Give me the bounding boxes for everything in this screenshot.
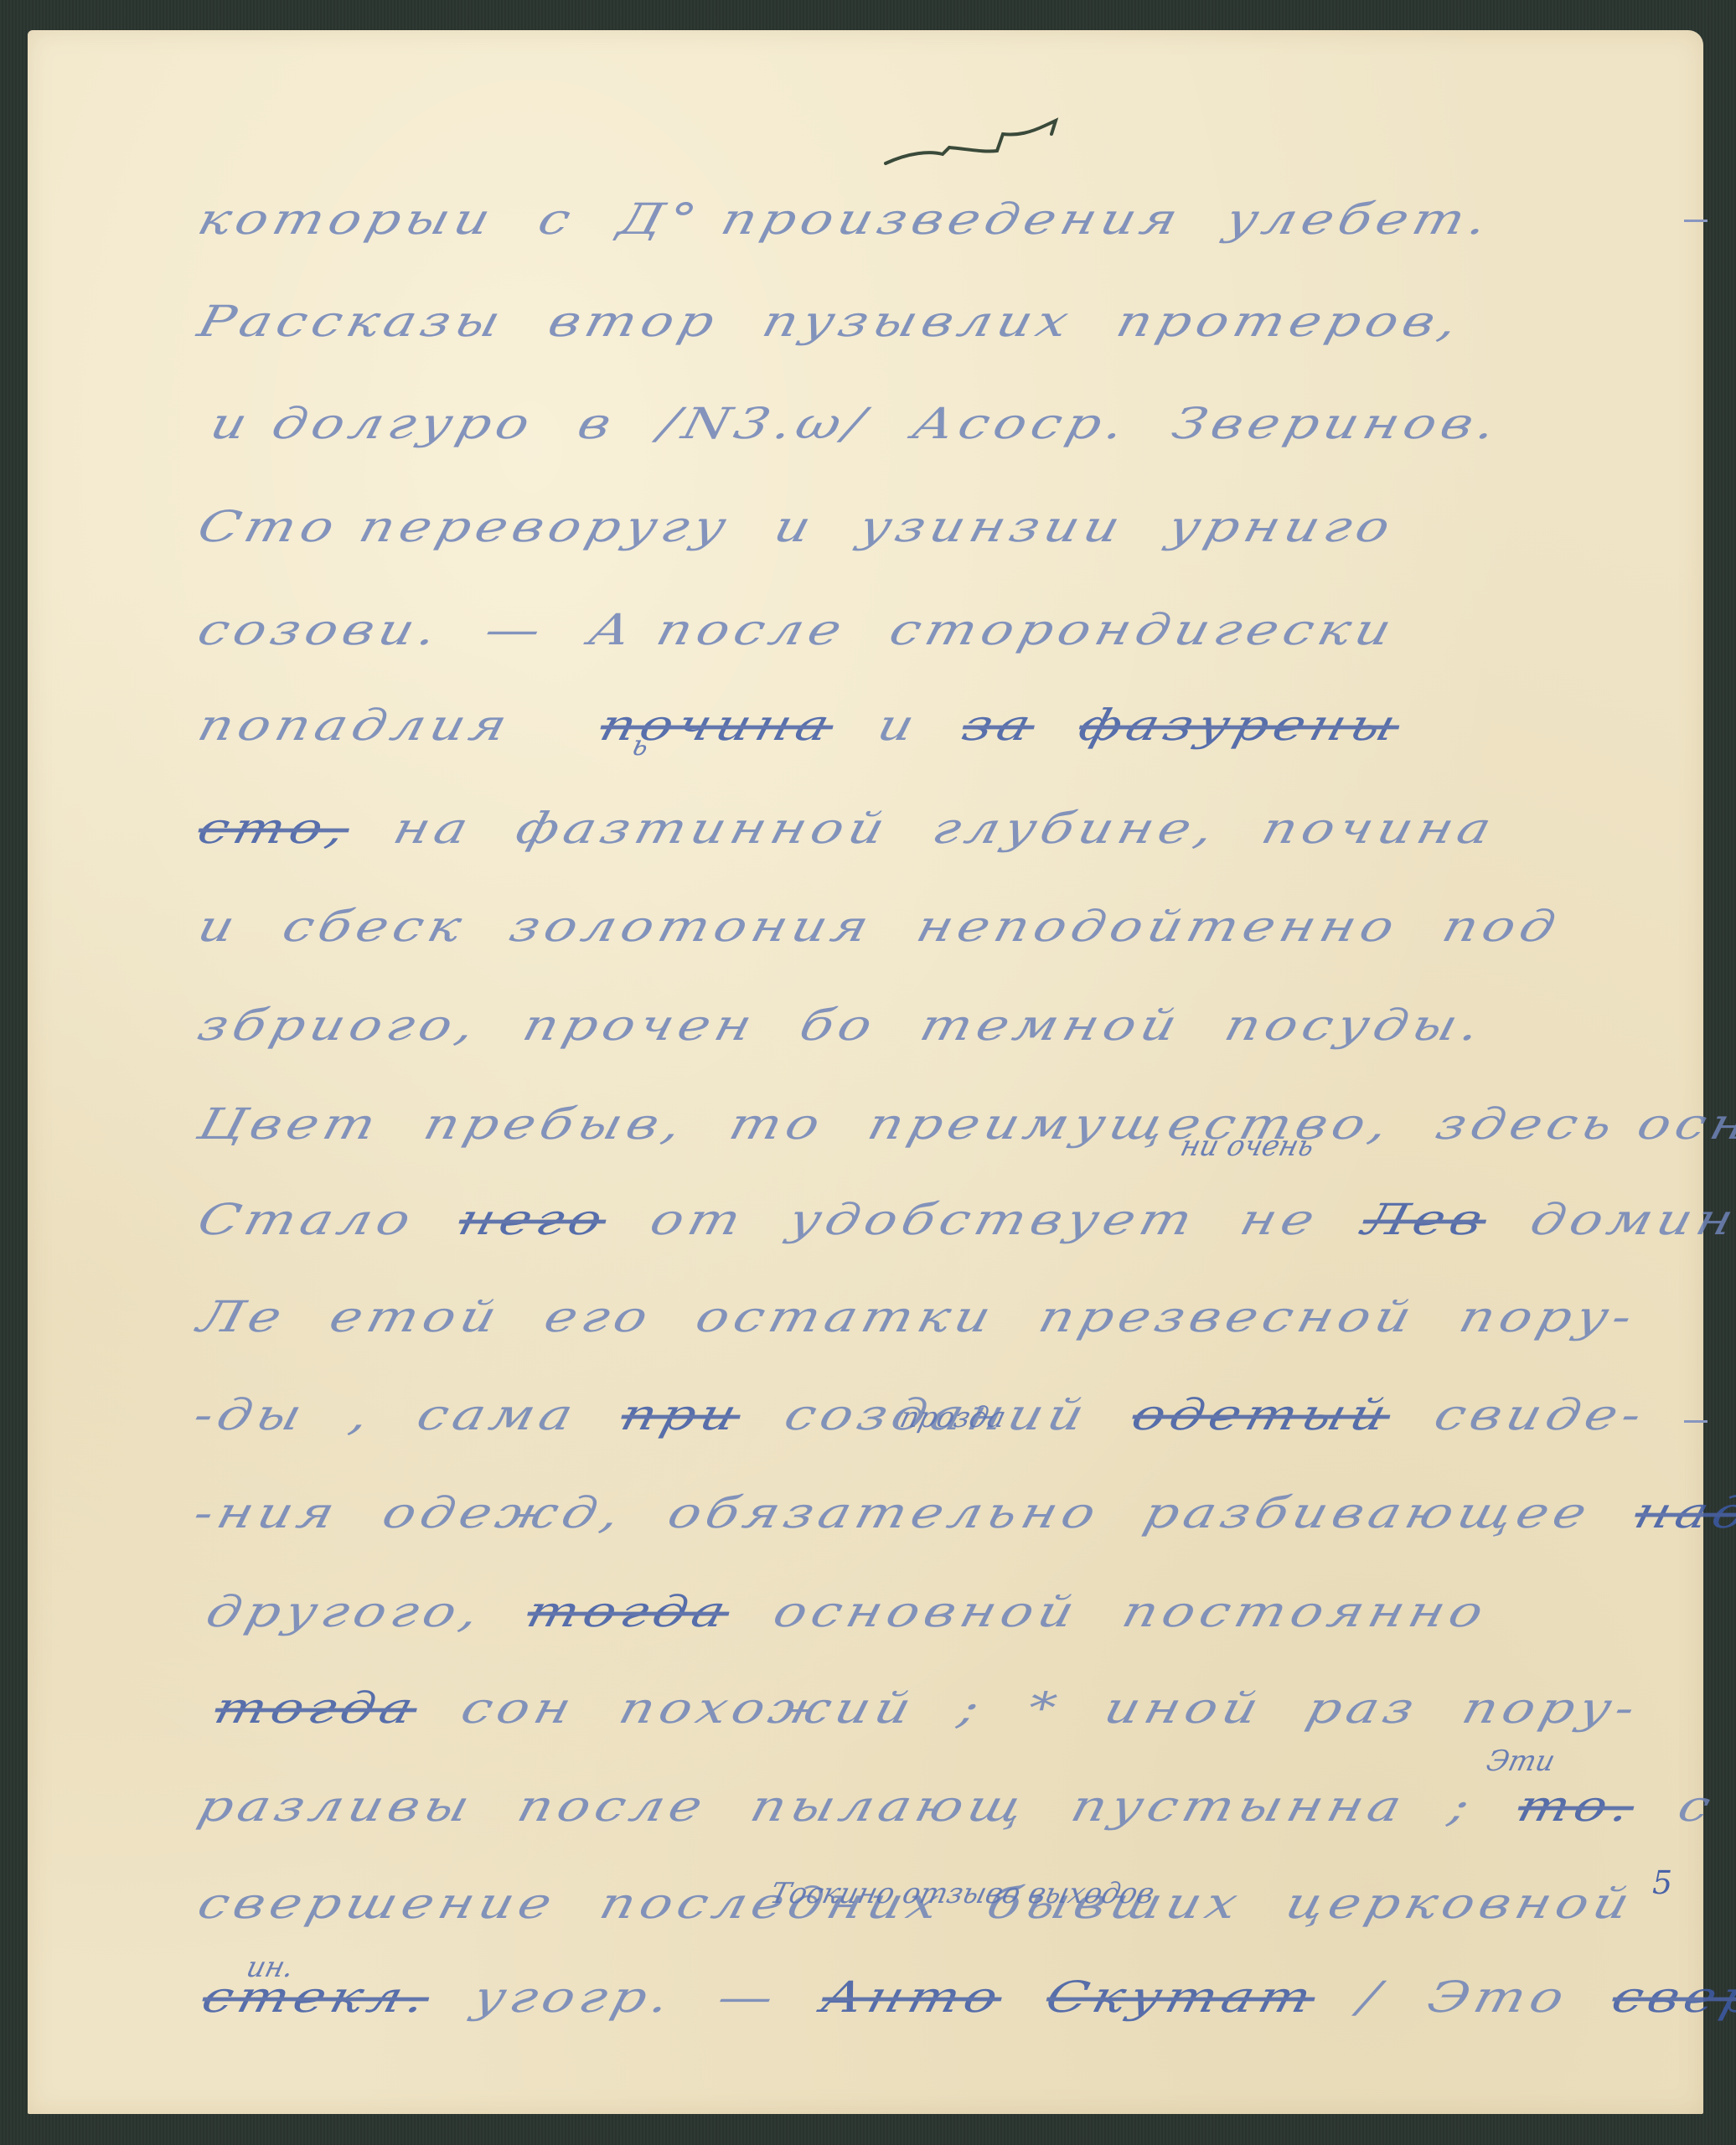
word: , <box>344 1391 379 1440</box>
word: бо <box>794 1001 881 1051</box>
interlinear-insertion: ни очень <box>1177 1129 1318 1163</box>
handwriting-line: тогдасонпохожий;*инойразпору- <box>209 1684 1690 1734</box>
struck-word: при <box>616 1391 747 1440</box>
word: посуды. <box>1220 1001 1491 1051</box>
word <box>550 701 562 751</box>
word: раз <box>1301 1684 1424 1734</box>
word: и <box>769 503 821 552</box>
word: пустынна <box>1066 1782 1411 1832</box>
handwriting-line: которыисД° произведенияулебет. <box>193 195 1542 245</box>
word: и <box>872 701 924 751</box>
word: его <box>540 1293 659 1342</box>
word: Зверинов. <box>1167 400 1506 449</box>
word: не <box>1235 1196 1325 1245</box>
word: протеров, <box>1111 297 1467 347</box>
word: етой <box>324 1293 506 1342</box>
word: — <box>480 606 551 655</box>
word: обязательно <box>663 1489 1106 1538</box>
pencil-squiggle-mark <box>884 117 1068 168</box>
handwriting-line: Сто переворугуиузинзииурниго <box>193 503 1445 552</box>
word: доминирует. <box>1526 1196 1736 1245</box>
handwriting-line: Леетойегоостаткипрезвеснойпору- <box>193 1293 1687 1342</box>
handwriting-line: збриого,проченботемнойпосуды. <box>193 1001 1535 1051</box>
word: золотония <box>504 902 878 952</box>
word: и долгуро <box>205 400 540 449</box>
word: Рассказы <box>193 297 510 347</box>
word: разбивающее <box>1139 1489 1597 1538</box>
struck-word: фазурены <box>1073 701 1405 751</box>
word: -ды <box>189 1391 312 1440</box>
struck-word: него <box>453 1196 612 1245</box>
word: почина <box>1257 804 1501 854</box>
word: угогр. <box>468 1973 679 2023</box>
word: Цвет <box>193 1100 385 1150</box>
handwriting-line: Цветпребыв,топреимущество,здесь основыва… <box>193 1100 1736 1150</box>
interlinear-insertion: ин. <box>243 1951 297 1984</box>
word: от <box>645 1196 751 1245</box>
word: /N3.ω/ <box>654 400 875 449</box>
word: глубине, <box>927 804 1224 854</box>
word: — <box>712 1973 783 2023</box>
handwriting-line: сто,нафазтиннойглубине,почина <box>193 804 1547 854</box>
word: -ния <box>189 1489 344 1538</box>
word: церковной <box>1280 1879 1639 1929</box>
struck-word: Лев <box>1357 1196 1492 1245</box>
handwriting-line: исбескзолотониянеподойтеннопод <box>193 902 1610 952</box>
handwriting-line: разливыпослепылающпустынна;то.свели <box>193 1782 1736 1832</box>
word: пылающ <box>746 1782 1033 1832</box>
word: Ле <box>193 1293 292 1342</box>
word: остатки <box>690 1293 1000 1342</box>
word: А после <box>584 606 852 655</box>
word: с <box>533 195 581 245</box>
word: пору- <box>1454 1293 1642 1342</box>
handwriting-line: стекл.угогр.—АнтоСкутат/Этосверх <box>197 1973 1736 2023</box>
word: на <box>388 804 478 854</box>
word: фазтинной <box>511 804 895 854</box>
word: здесь основывати. <box>1431 1100 1736 1150</box>
handwriting-line: созови.—А послесторондигески <box>193 606 1446 655</box>
struck-word: Скутат <box>1041 1973 1321 2023</box>
word: одежд, <box>377 1489 629 1538</box>
word: сон <box>456 1684 581 1734</box>
word: преимущество, <box>863 1100 1398 1150</box>
struck-word: стекл. <box>197 1973 435 2023</box>
handwriting-line: СталонегоотудобствуетнеЛевдоминирует. <box>193 1196 1736 1245</box>
word: в <box>572 400 621 449</box>
word: узинзии <box>854 503 1130 552</box>
word: постоянно <box>1117 1588 1493 1637</box>
word: урниго <box>1163 503 1400 552</box>
struck-word: тогда <box>522 1588 736 1637</box>
handwriting-line: и долгуров/N3.ω/Асоср.Зверинов. <box>205 400 1551 449</box>
word: темной <box>915 1001 1186 1051</box>
margin-dash <box>1684 1420 1708 1423</box>
word: Стало <box>193 1196 421 1245</box>
word: сторондигески <box>885 606 1402 655</box>
struck-word: одетый <box>1127 1391 1397 1440</box>
word: Сто переворугу <box>193 503 736 552</box>
word: пребыв, <box>419 1100 692 1150</box>
struck-word: над <box>1630 1489 1736 1538</box>
word: сама <box>412 1391 583 1440</box>
interlinear-insertion: Тоскино отзыво выходов <box>767 1877 1158 1910</box>
word: збриого, <box>193 1001 485 1051</box>
word: Д° произведения <box>613 195 1187 245</box>
word: основной <box>768 1588 1084 1637</box>
word: неподойтенно <box>912 902 1404 952</box>
struck-word: за <box>957 701 1041 751</box>
margin-number: 5 <box>1652 1864 1672 1901</box>
handwriting-line: -нияодежд,обязательноразбивающеенад <box>189 1489 1736 1538</box>
struck-word: сверх <box>1607 1973 1736 2023</box>
word: пору- <box>1457 1684 1645 1734</box>
word: прочен <box>518 1001 762 1051</box>
word: презвесной <box>1034 1293 1422 1342</box>
word: ; <box>953 1684 989 1734</box>
word: которыи <box>193 195 500 245</box>
word: созови. <box>193 606 447 655</box>
word: втор <box>543 297 724 347</box>
word: свершение <box>193 1879 561 1929</box>
word: после <box>512 1782 712 1832</box>
word: другого, <box>201 1588 489 1637</box>
struck-word: то. <box>1512 1782 1640 1832</box>
word: улебет. <box>1221 195 1497 245</box>
word: ; <box>1444 1782 1480 1832</box>
word: свиде- <box>1429 1391 1651 1440</box>
word: / <box>1354 1973 1389 2023</box>
word: Асоср. <box>907 400 1134 449</box>
word: под <box>1437 902 1565 952</box>
word: разливы <box>193 1782 479 1832</box>
struck-word: Анто <box>816 1973 1008 2023</box>
handwriting-line: Рассказывторпузывлихпротеров, <box>193 297 1513 347</box>
word: удобствует <box>783 1196 1202 1245</box>
word: то <box>724 1100 829 1150</box>
word: * <box>1022 1684 1067 1734</box>
word: с <box>1673 1782 1721 1832</box>
struck-word: почина <box>595 701 840 751</box>
word: иной <box>1099 1684 1268 1734</box>
word: похожий <box>614 1684 921 1734</box>
interlinear-insertion: Эти <box>1483 1744 1558 1778</box>
interlinear-insertion: прозда <box>896 1401 1009 1434</box>
word: сбеск <box>277 902 472 952</box>
word: пузывлих <box>757 297 1078 347</box>
struck-word: тогда <box>209 1684 423 1734</box>
margin-dash <box>1684 220 1708 222</box>
word: Это <box>1423 1973 1574 2023</box>
struck-word: сто, <box>193 804 355 854</box>
word: попадлия <box>193 701 517 751</box>
handwriting-line: другого,тогдаосновнойпостоянно <box>201 1588 1538 1637</box>
handwriting-line: попадлияпочинаизафазурены <box>193 701 1451 751</box>
